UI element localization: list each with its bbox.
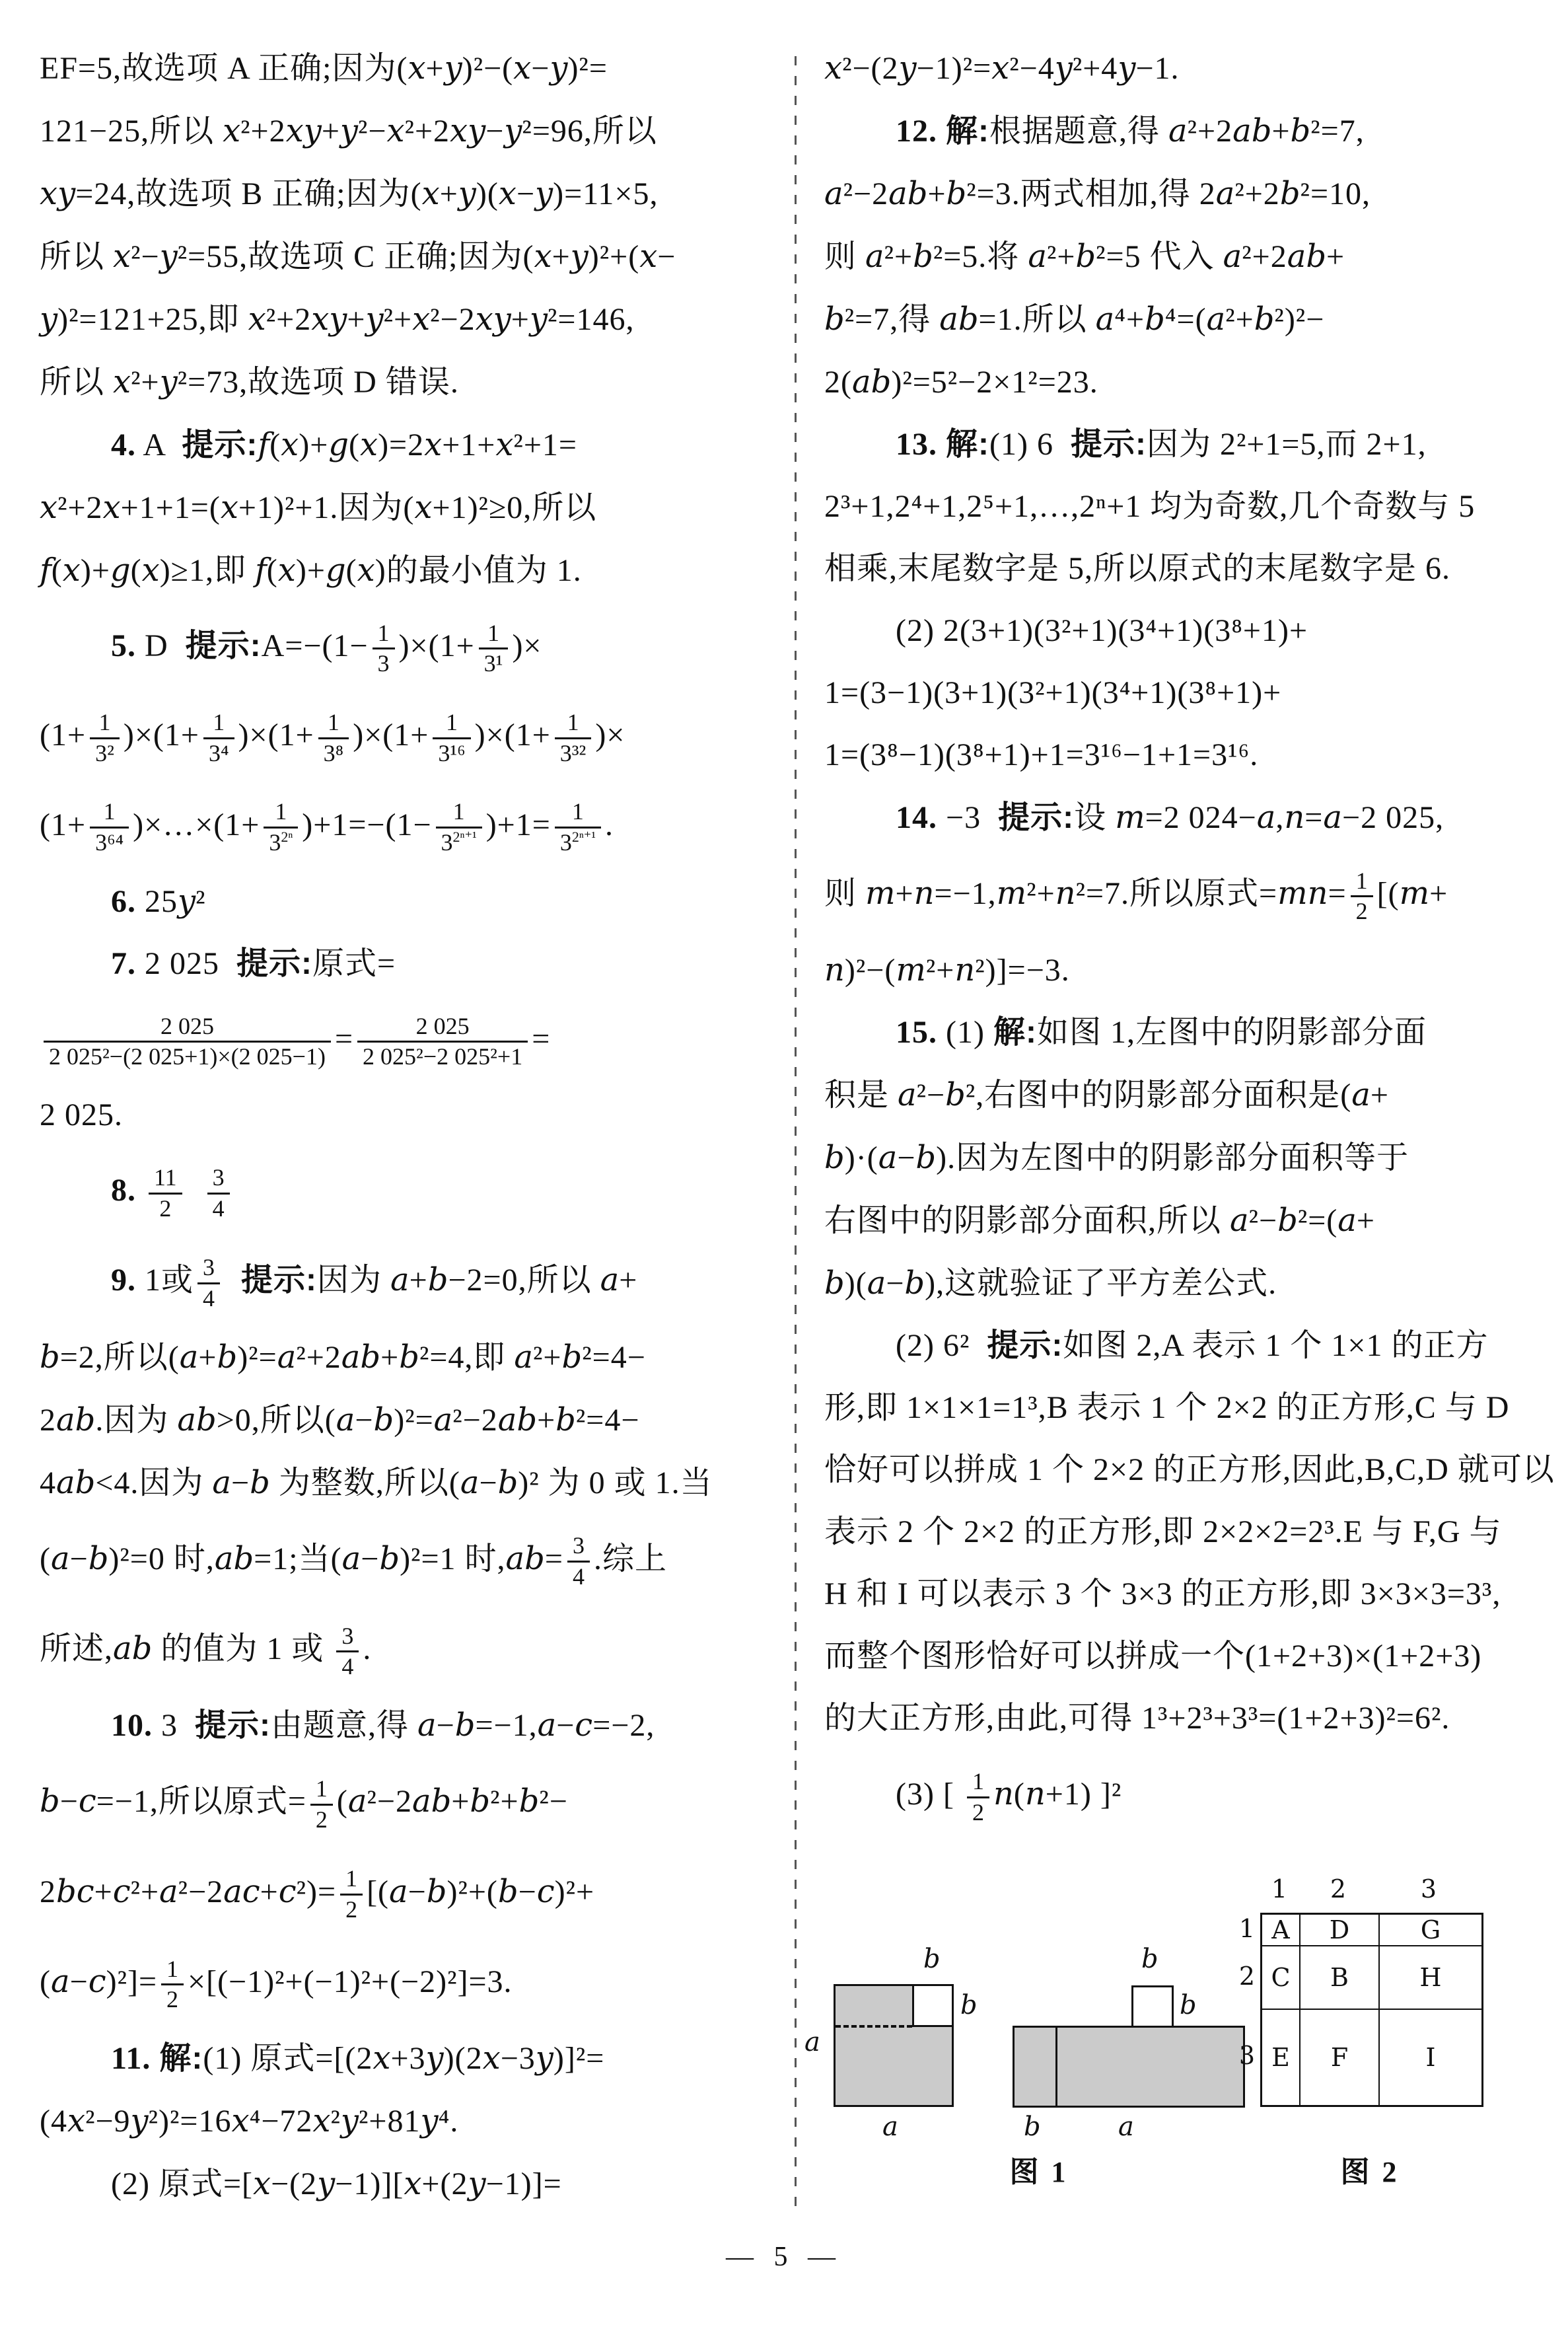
problem-number: 5. (111, 628, 136, 663)
content-line: 的大正方形,由此,可得 1³+2³+3³=(1+2+3)²=6². (824, 1687, 1561, 1750)
problem-number: 15. (896, 1015, 937, 1050)
hint-label: 提示: (195, 1708, 271, 1743)
content-line: 7. 2 025 提示:原式= (40, 933, 793, 995)
problem-number: 6. (111, 884, 136, 919)
figure1-rectangle-divider (1055, 2028, 1057, 2106)
figure2-column-header: 2 (1299, 1874, 1378, 1903)
fraction: 112 (149, 1164, 182, 1223)
problem-number: 13. (896, 427, 937, 462)
problem-number: 7. (111, 946, 136, 981)
figure1-rectangle-diagram (1013, 2026, 1245, 2108)
hint-label: 提示: (998, 800, 1074, 835)
content-line: 1=(3−1)(3+1)(3²+1)(3⁴+1)(3⁸+1)+ (824, 662, 1561, 724)
content-line: b=2,所以(a+b)²=a²+2ab+b²=4,即 a²+b²=4− (40, 1326, 793, 1389)
figure1-caption: 图 1 (956, 2148, 1122, 2190)
figure2-cell: D (1301, 1915, 1380, 1946)
figure1-rectangle-top-square (1131, 1985, 1174, 2026)
fraction: 13² (90, 709, 120, 768)
content-line: 9. 1或34 提示:因为 a+b−2=0,所以 a+ (40, 1236, 793, 1325)
content-line: 6. 25y² (40, 870, 793, 933)
figure1-dashed-line (836, 2025, 912, 2028)
content-line: 相乘,末尾数字是 5,所以原式的末尾数字是 6. (824, 538, 1561, 600)
figure2-column-header: 3 (1378, 1874, 1479, 1903)
content-line: b−c=−1,所以原式=12(a²−2ab+b²+b²− (40, 1757, 793, 1847)
fraction: 13⁶⁴ (90, 798, 129, 857)
problem-number: 12. (896, 114, 937, 149)
content-line: 10. 3 提示:由题意,得 a−b=−1,a−c=−2, (40, 1694, 793, 1757)
content-line: EF=5,故选项 A 正确;因为(x+y)²−(x−y)²= (40, 37, 793, 100)
fraction: 12 (340, 1865, 363, 1924)
figure1-right-label-b-bottom: b (1024, 2114, 1041, 2140)
content-line: (2) 原式=[x−(2y−1)][x+(2y−1)]= (40, 2153, 793, 2215)
content-line: 8. 112 34 (40, 1146, 793, 1236)
content-line: 13. 解:(1) 6 提示:因为 2²+1=5,而 2+1, (824, 414, 1561, 476)
content-line: 11. 解:(1) 原式=[(2x+3y)(2x−3y)]²= (40, 2027, 793, 2090)
content-line: (3) [ 12n(n+1) ]² (824, 1750, 1561, 1839)
fraction: 12 (967, 1768, 989, 1827)
content-line: (1+13²)×(1+13⁴)×(1+13⁸)×(1+13¹⁶)×(1+13³²… (40, 691, 793, 780)
hint-label: 解: (946, 427, 989, 462)
figure2-row-header: 3 (1218, 2008, 1255, 2103)
problem-number: 14. (896, 800, 937, 835)
content-line: (4x²−9y²)²=16x⁴−72x²y²+81y⁴. (40, 2090, 793, 2153)
content-line: 则 m+n=−1,m²+n²=7.所以原式=mn=12[(m+ (824, 849, 1561, 939)
content-line: 14. −3 提示:设 m=2 024−a,n=a−2 025, (824, 786, 1561, 849)
problem-number: 4. (111, 427, 136, 462)
figures-area: b b a a b b b a 图 1 ADGCBHEFI 123 123 图 … (824, 1852, 1561, 2222)
figure1-right-label-b-right: b (1180, 1992, 1197, 2018)
figure2-cell: I (1380, 2010, 1481, 2105)
figure2-row-header: 2 (1218, 1944, 1255, 2008)
figure1-square-diagram (834, 1984, 954, 2107)
content-line: b)(a−b),这就验证了平方差公式. (824, 1252, 1561, 1315)
fraction: 2 0252 025²−2 025²+1 (357, 1013, 528, 1072)
content-line: 表示 2 个 2×2 的正方形,即 2×2×2=2³.E 与 F,G 与 (824, 1501, 1561, 1563)
content-line: 2³+1,2⁴+1,2⁵+1,…,2ⁿ+1 均为奇数,几个奇数与 5 (824, 476, 1561, 538)
page-number: — 5 — (0, 2241, 1568, 2273)
content-line: (a−b)²=0 时,ab=1;当(a−b)²=1 时,ab=34.综上 (40, 1514, 793, 1604)
content-line: y)²=121+25,即 x²+2xy+y²+x²−2xy+y²=146, (40, 288, 793, 351)
content-line: 15. (1) 解:如图 1,左图中的阴影部分面 (824, 1002, 1561, 1064)
hint-label: 解: (993, 1015, 1037, 1050)
figure2-cell: A (1262, 1915, 1301, 1946)
content-line: 2(ab)²=5²−2×1²=23. (824, 351, 1561, 414)
content-line: (2) 6² 提示:如图 2,A 表示 1 个 1×1 的正方 (824, 1315, 1561, 1377)
content-line: 恰好可以拼成 1 个 2×2 的正方形,因此,B,C,D 就可以 (824, 1439, 1561, 1501)
content-line: f(x)+g(x)≥1,即 f(x)+g(x)的最小值为 1. (40, 539, 793, 602)
content-line: (a−c)²]=12×[(−1)²+(−1)²+(−2)²]=3. (40, 1937, 793, 2027)
content-line: 右图中的阴影部分面积,所以 a²−b²=(a+ (824, 1189, 1561, 1252)
content-line: H 和 I 可以表示 3 个 3×3 的正方形,即 3×3×3=3³, (824, 1563, 1561, 1625)
content-line: 形,即 1×1×1=1³,B 表示 1 个 2×2 的正方形,C 与 D (824, 1377, 1561, 1439)
hint-label: 提示: (236, 946, 312, 981)
content-line: 所述,ab 的值为 1 或 34. (40, 1604, 793, 1694)
column-divider (795, 56, 797, 2217)
right-column: x²−(2y−1)²=x²−4y²+4y−1.12. 解:根据题意,得 a²+2… (824, 37, 1561, 2222)
hint-label: 提示: (186, 628, 262, 663)
content-line: 2ab.因为 ab>0,所以(a−b)²=a²−2ab+b²=4− (40, 1389, 793, 1452)
figure1-cut-square (912, 1986, 952, 2027)
content-line: 积是 a²−b²,右图中的阴影部分面积是(a+ (824, 1064, 1561, 1126)
figure2-cell: H (1380, 1946, 1481, 2010)
content-line: a²−2ab+b²=3.两式相加,得 2a²+2b²=10, (824, 163, 1561, 225)
figure1-left-label-a-bottom: a (882, 2114, 898, 2140)
fraction: 34 (567, 1532, 590, 1591)
content-line: b)·(a−b).因为左图中的阴影部分面积等于 (824, 1126, 1561, 1189)
content-line: n)²−(m²+n²)]=−3. (824, 939, 1561, 1002)
content-line: 2bc+c²+a²−2ac+c²)=12[(a−b)²+(b−c)²+ (40, 1847, 793, 1937)
figure2-caption: 图 2 (1287, 2148, 1453, 2190)
content-line: 2 025. (40, 1084, 793, 1146)
content-line: 则 a²+b²=5.将 a²+b²=5 代入 a²+2ab+ (824, 225, 1561, 288)
fraction: 13¹⁶ (433, 709, 470, 768)
figure2-cell: E (1262, 2010, 1301, 2105)
figure1-right-label-b-top: b (1141, 1946, 1158, 1972)
figure1-left-label-b-right: b (960, 1992, 978, 2018)
hint-label: 解: (159, 2041, 203, 2076)
content-line: 所以 x²+y²=73,故选项 D 错误. (40, 351, 793, 414)
problem-number: 8. (111, 1173, 136, 1208)
content-line: 4ab<4.因为 a−b 为整数,所以(a−b)² 为 0 或 1.当 (40, 1452, 793, 1514)
content-line: 2 0252 025²−(2 025+1)×(2 025−1)=2 0252 0… (40, 995, 793, 1084)
fraction: 12 (161, 1956, 184, 2014)
answer-page: { "colors": { "ink": "#111111", "shade":… (0, 0, 1568, 2325)
hint-label: 提示: (241, 1263, 317, 1298)
left-column: EF=5,故选项 A 正确;因为(x+y)²−(x−y)²=121−25,所以 … (40, 37, 793, 2215)
figure1-right-label-a-bottom: a (1118, 2114, 1134, 2140)
right-column-text: x²−(2y−1)²=x²−4y²+4y−1.12. 解:根据题意,得 a²+2… (824, 37, 1561, 1840)
content-line: 121−25,所以 x²+2xy+y²−x²+2xy−y²=96,所以 (40, 100, 793, 163)
problem-number: 11. (111, 2041, 151, 2076)
problem-number: 10. (111, 1708, 153, 1743)
hint-label: 提示: (1071, 427, 1147, 462)
fraction: 12 (1351, 867, 1373, 926)
content-line: 而整个图形恰好可以拼成一个(1+2+3)×(1+2+3) (824, 1625, 1561, 1687)
figure2-cell: G (1380, 1915, 1481, 1946)
fraction: 132ⁿ⁺¹ (436, 798, 482, 857)
content-line: x²+2x+1+1=(x+1)²+1.因为(x+1)²≥0,所以 (40, 476, 793, 539)
content-line: xy=24,故选项 B 正确;因为(x+y)(x−y)=11×5, (40, 163, 793, 225)
content-line: 1=(3⁸−1)(3⁸+1)+1=3¹⁶−1+1=3¹⁶. (824, 724, 1561, 786)
fraction: 34 (197, 1254, 220, 1313)
fraction: 13¹ (479, 620, 509, 679)
fraction: 13⁸ (318, 709, 349, 768)
figure2-cell: F (1301, 2010, 1380, 2105)
content-line: 4. A 提示:f(x)+g(x)=2x+1+x²+1= (40, 414, 793, 476)
hint-label: 提示: (987, 1328, 1063, 1363)
fraction: 2 0252 025²−(2 025+1)×(2 025−1) (44, 1013, 331, 1072)
problem-number: 9. (111, 1263, 136, 1298)
figure1-left-label-b-top: b (923, 1946, 941, 1972)
figure2-row-header: 1 (1218, 1913, 1255, 1944)
figure2-cell: C (1262, 1946, 1301, 2010)
fraction: 13³² (555, 709, 592, 768)
fraction: 13 (373, 620, 395, 679)
fraction: 13⁴ (203, 709, 234, 768)
fraction: 34 (207, 1164, 230, 1223)
fraction: 34 (336, 1623, 359, 1681)
hint-label: 解: (946, 114, 989, 149)
fraction: 132ⁿ⁺¹ (555, 798, 601, 857)
content-line: 5. D 提示:A=−(1−13)×(1+13¹)× (40, 602, 793, 691)
content-line: (2) 2(3+1)(3²+1)(3⁴+1)(3⁸+1)+ (824, 600, 1561, 662)
content-line: x²−(2y−1)²=x²−4y²+4y−1. (824, 37, 1561, 100)
content-line: 12. 解:根据题意,得 a²+2ab+b²=7, (824, 100, 1561, 163)
figure2-table: ADGCBHEFI (1260, 1913, 1483, 2107)
figure2-column-header: 1 (1260, 1874, 1299, 1903)
fraction: 12 (310, 1775, 333, 1834)
figure1-left-label-a-side: a (804, 2029, 820, 2055)
content-line: (1+13⁶⁴)×…×(1+132ⁿ)+1=−(1−132ⁿ⁺¹)+1=132ⁿ… (40, 781, 793, 870)
fraction: 132ⁿ (264, 798, 298, 857)
content-line: 所以 x²−y²=55,故选项 C 正确;因为(x+y)²+(x− (40, 225, 793, 288)
figure2-cell: B (1301, 1946, 1380, 2010)
hint-label: 提示: (182, 427, 258, 462)
content-line: b²=7,得 ab=1.所以 a⁴+b⁴=(a²+b²)²− (824, 288, 1561, 351)
